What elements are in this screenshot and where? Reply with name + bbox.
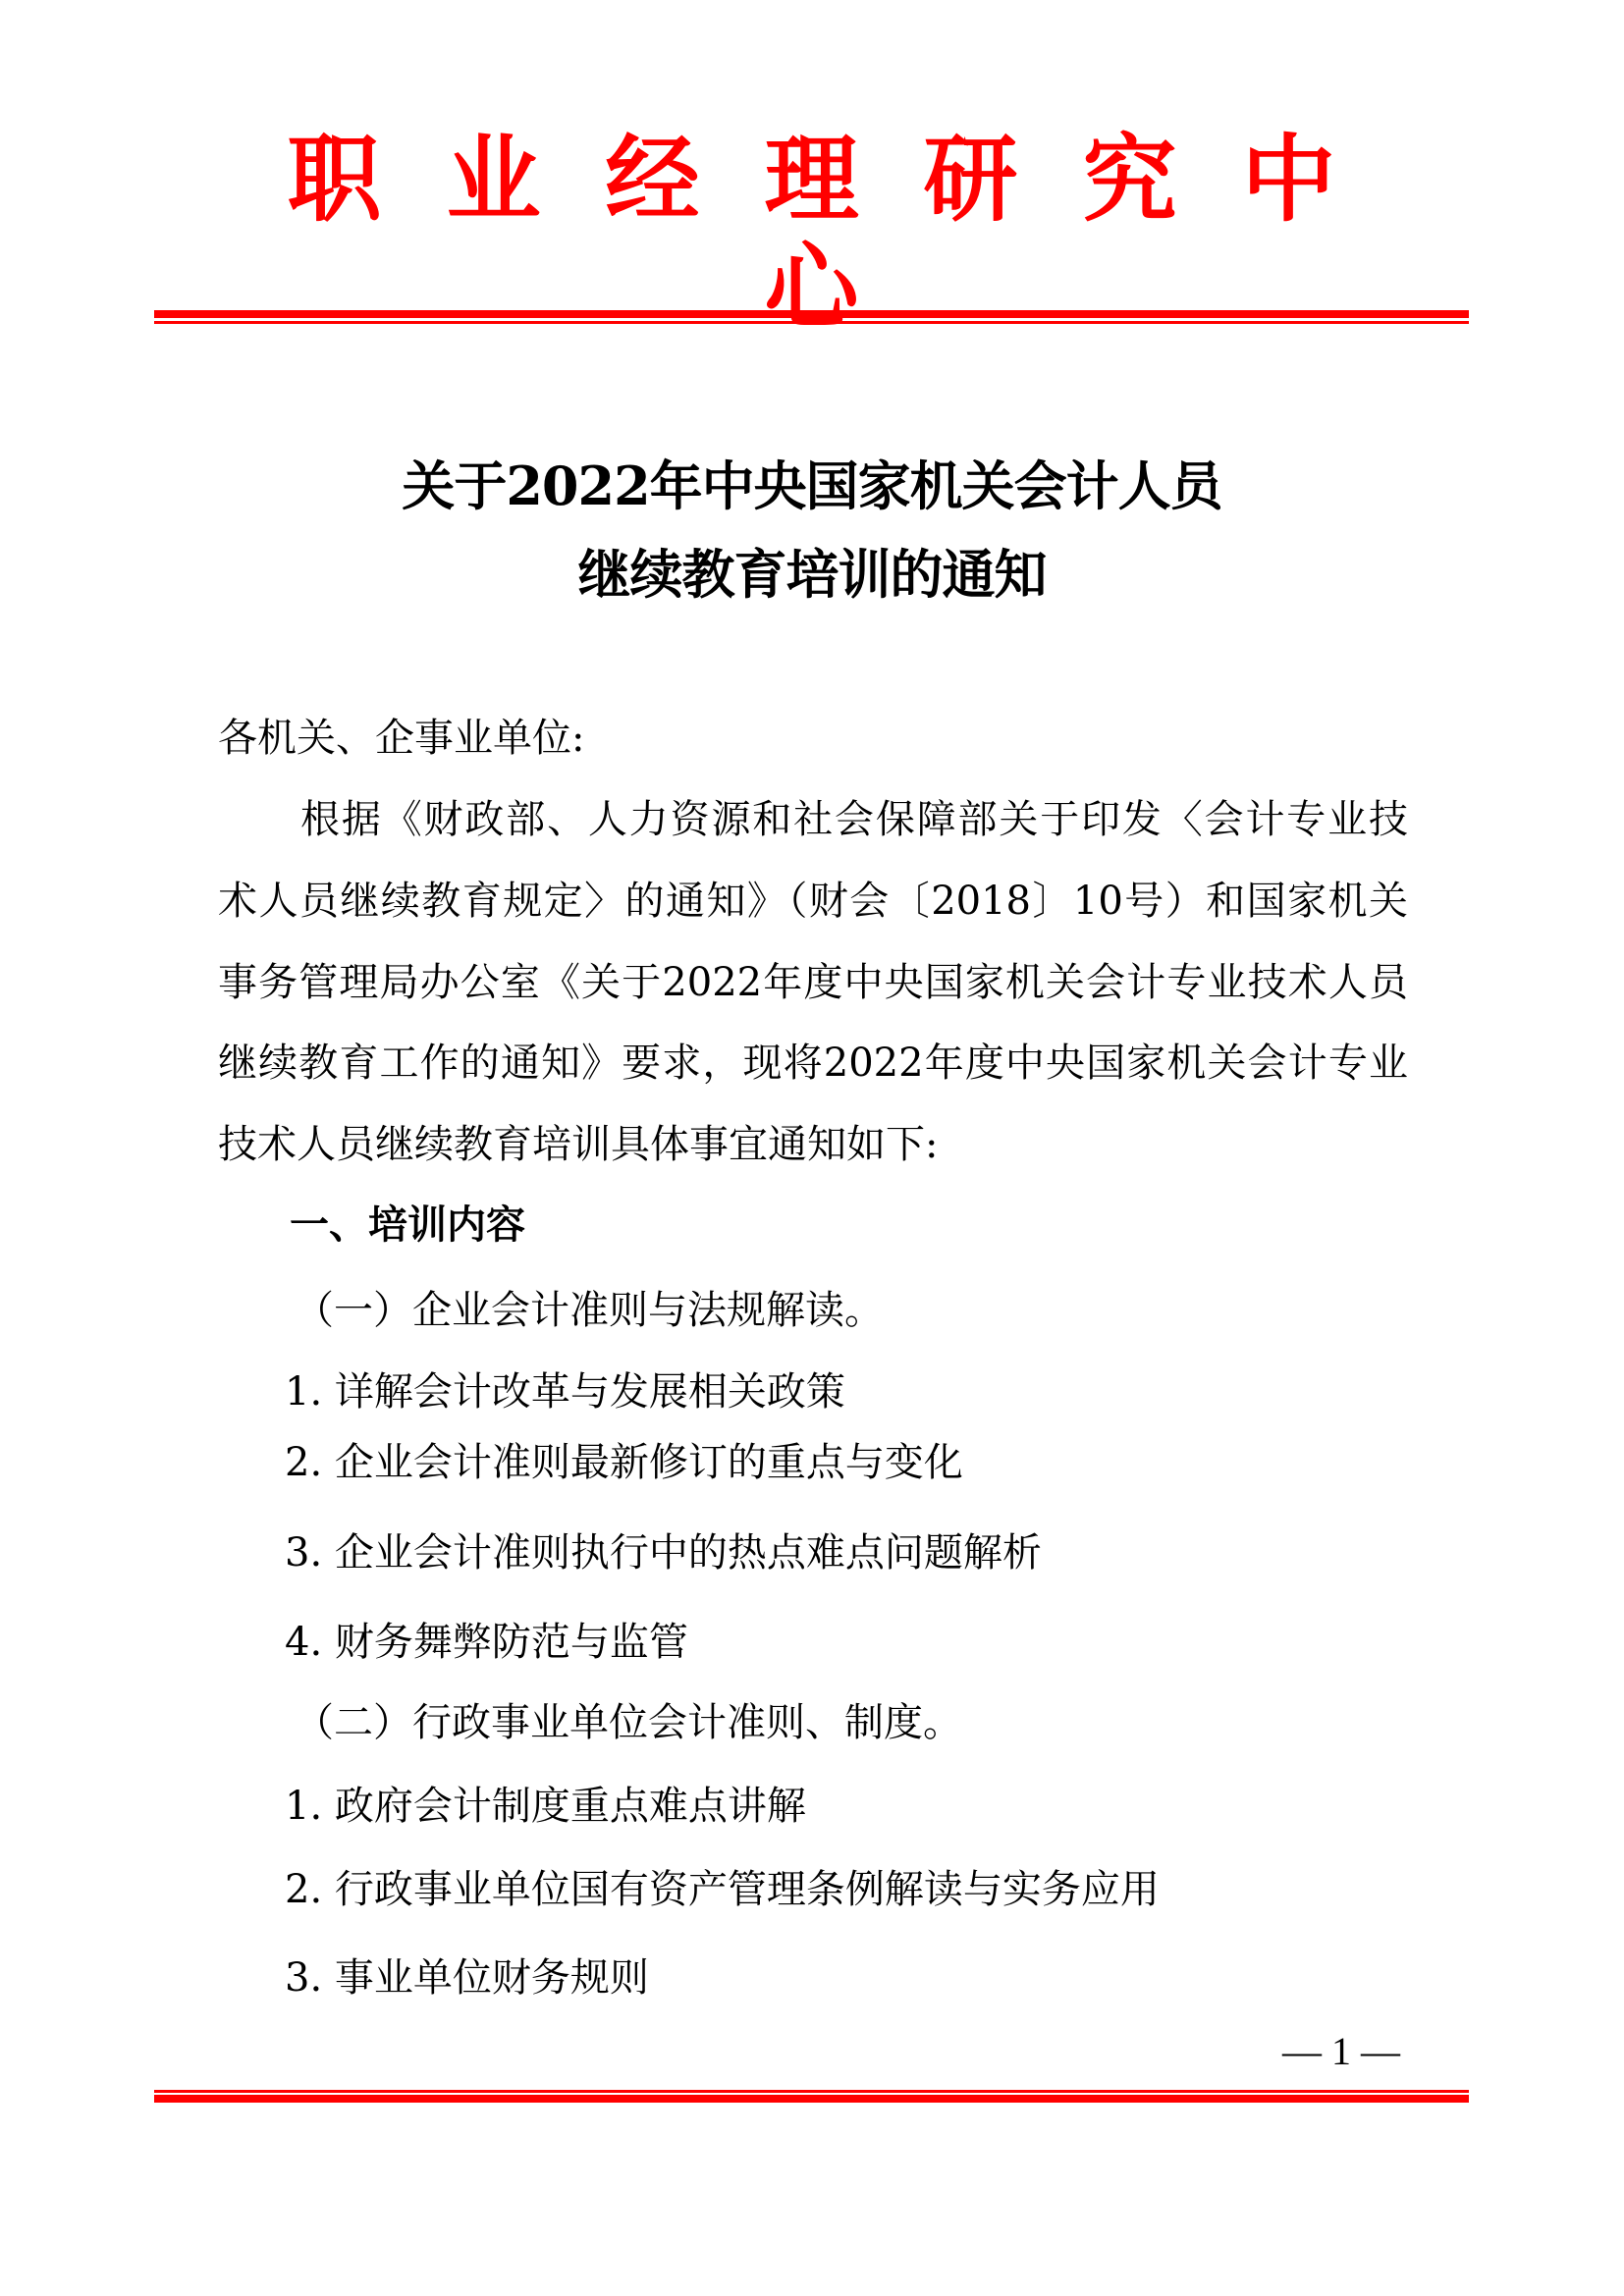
list-item: 3. 企业会计准则执行中的热点难点问题解析 bbox=[285, 1528, 1475, 1577]
intro-line: 技术人员继续教育培训具体事宜通知如下: bbox=[218, 1120, 1408, 1169]
list-item: 1. 政府会计制度重点难点讲解 bbox=[285, 1782, 1475, 1831]
intro-line: 继续教育工作的通知》要求，现将2022年度中央国家机关会计专业 bbox=[218, 1039, 1408, 1088]
letterhead-org-name: 职业经理研究中心 bbox=[154, 126, 1469, 234]
section-heading: 一、培训内容 bbox=[290, 1201, 1480, 1250]
intro-line: 根据《财政部、人力资源和社会保障部关于印发〈会计专业技 bbox=[300, 795, 1408, 844]
document-page: 职业经理研究中心 关于2022年中央国家机关会计人员 继续教育培训的通知 各机关… bbox=[0, 0, 1624, 2296]
list-item: 3. 事业单位财务规则 bbox=[285, 1953, 1475, 2002]
intro-line: 术人员继续教育规定〉的通知》（财会〔2018〕10号）和国家机关 bbox=[218, 877, 1408, 926]
subsection-title: （二）行政事业单位会计准则、制度。 bbox=[295, 1698, 1485, 1747]
salutation: 各机关、企事业单位: bbox=[218, 714, 1408, 763]
list-item: 4. 财务舞弊防范与监管 bbox=[285, 1618, 1475, 1667]
letterhead-divider-thick bbox=[154, 310, 1469, 318]
letterhead-divider-thin bbox=[154, 321, 1469, 324]
document-title-line-1: 关于2022年中央国家机关会计人员 bbox=[0, 454, 1624, 518]
list-item: 2. 行政事业单位国有资产管理条例解读与实务应用 bbox=[285, 1865, 1475, 1914]
intro-line: 事务管理局办公室《关于2022年度中央国家机关会计专业技术人员 bbox=[218, 958, 1408, 1007]
document-title-line-2: 继续教育培训的通知 bbox=[0, 542, 1624, 607]
footer-divider-thick bbox=[154, 2095, 1469, 2103]
footer-divider-thin bbox=[154, 2090, 1469, 2093]
list-item: 2. 企业会计准则最新修订的重点与变化 bbox=[285, 1438, 1475, 1487]
list-item: 1. 详解会计改革与发展相关政策 bbox=[285, 1367, 1475, 1416]
subsection-title: （一）企业会计准则与法规解读。 bbox=[295, 1286, 1485, 1335]
page-number: — 1 — bbox=[1272, 2027, 1410, 2076]
